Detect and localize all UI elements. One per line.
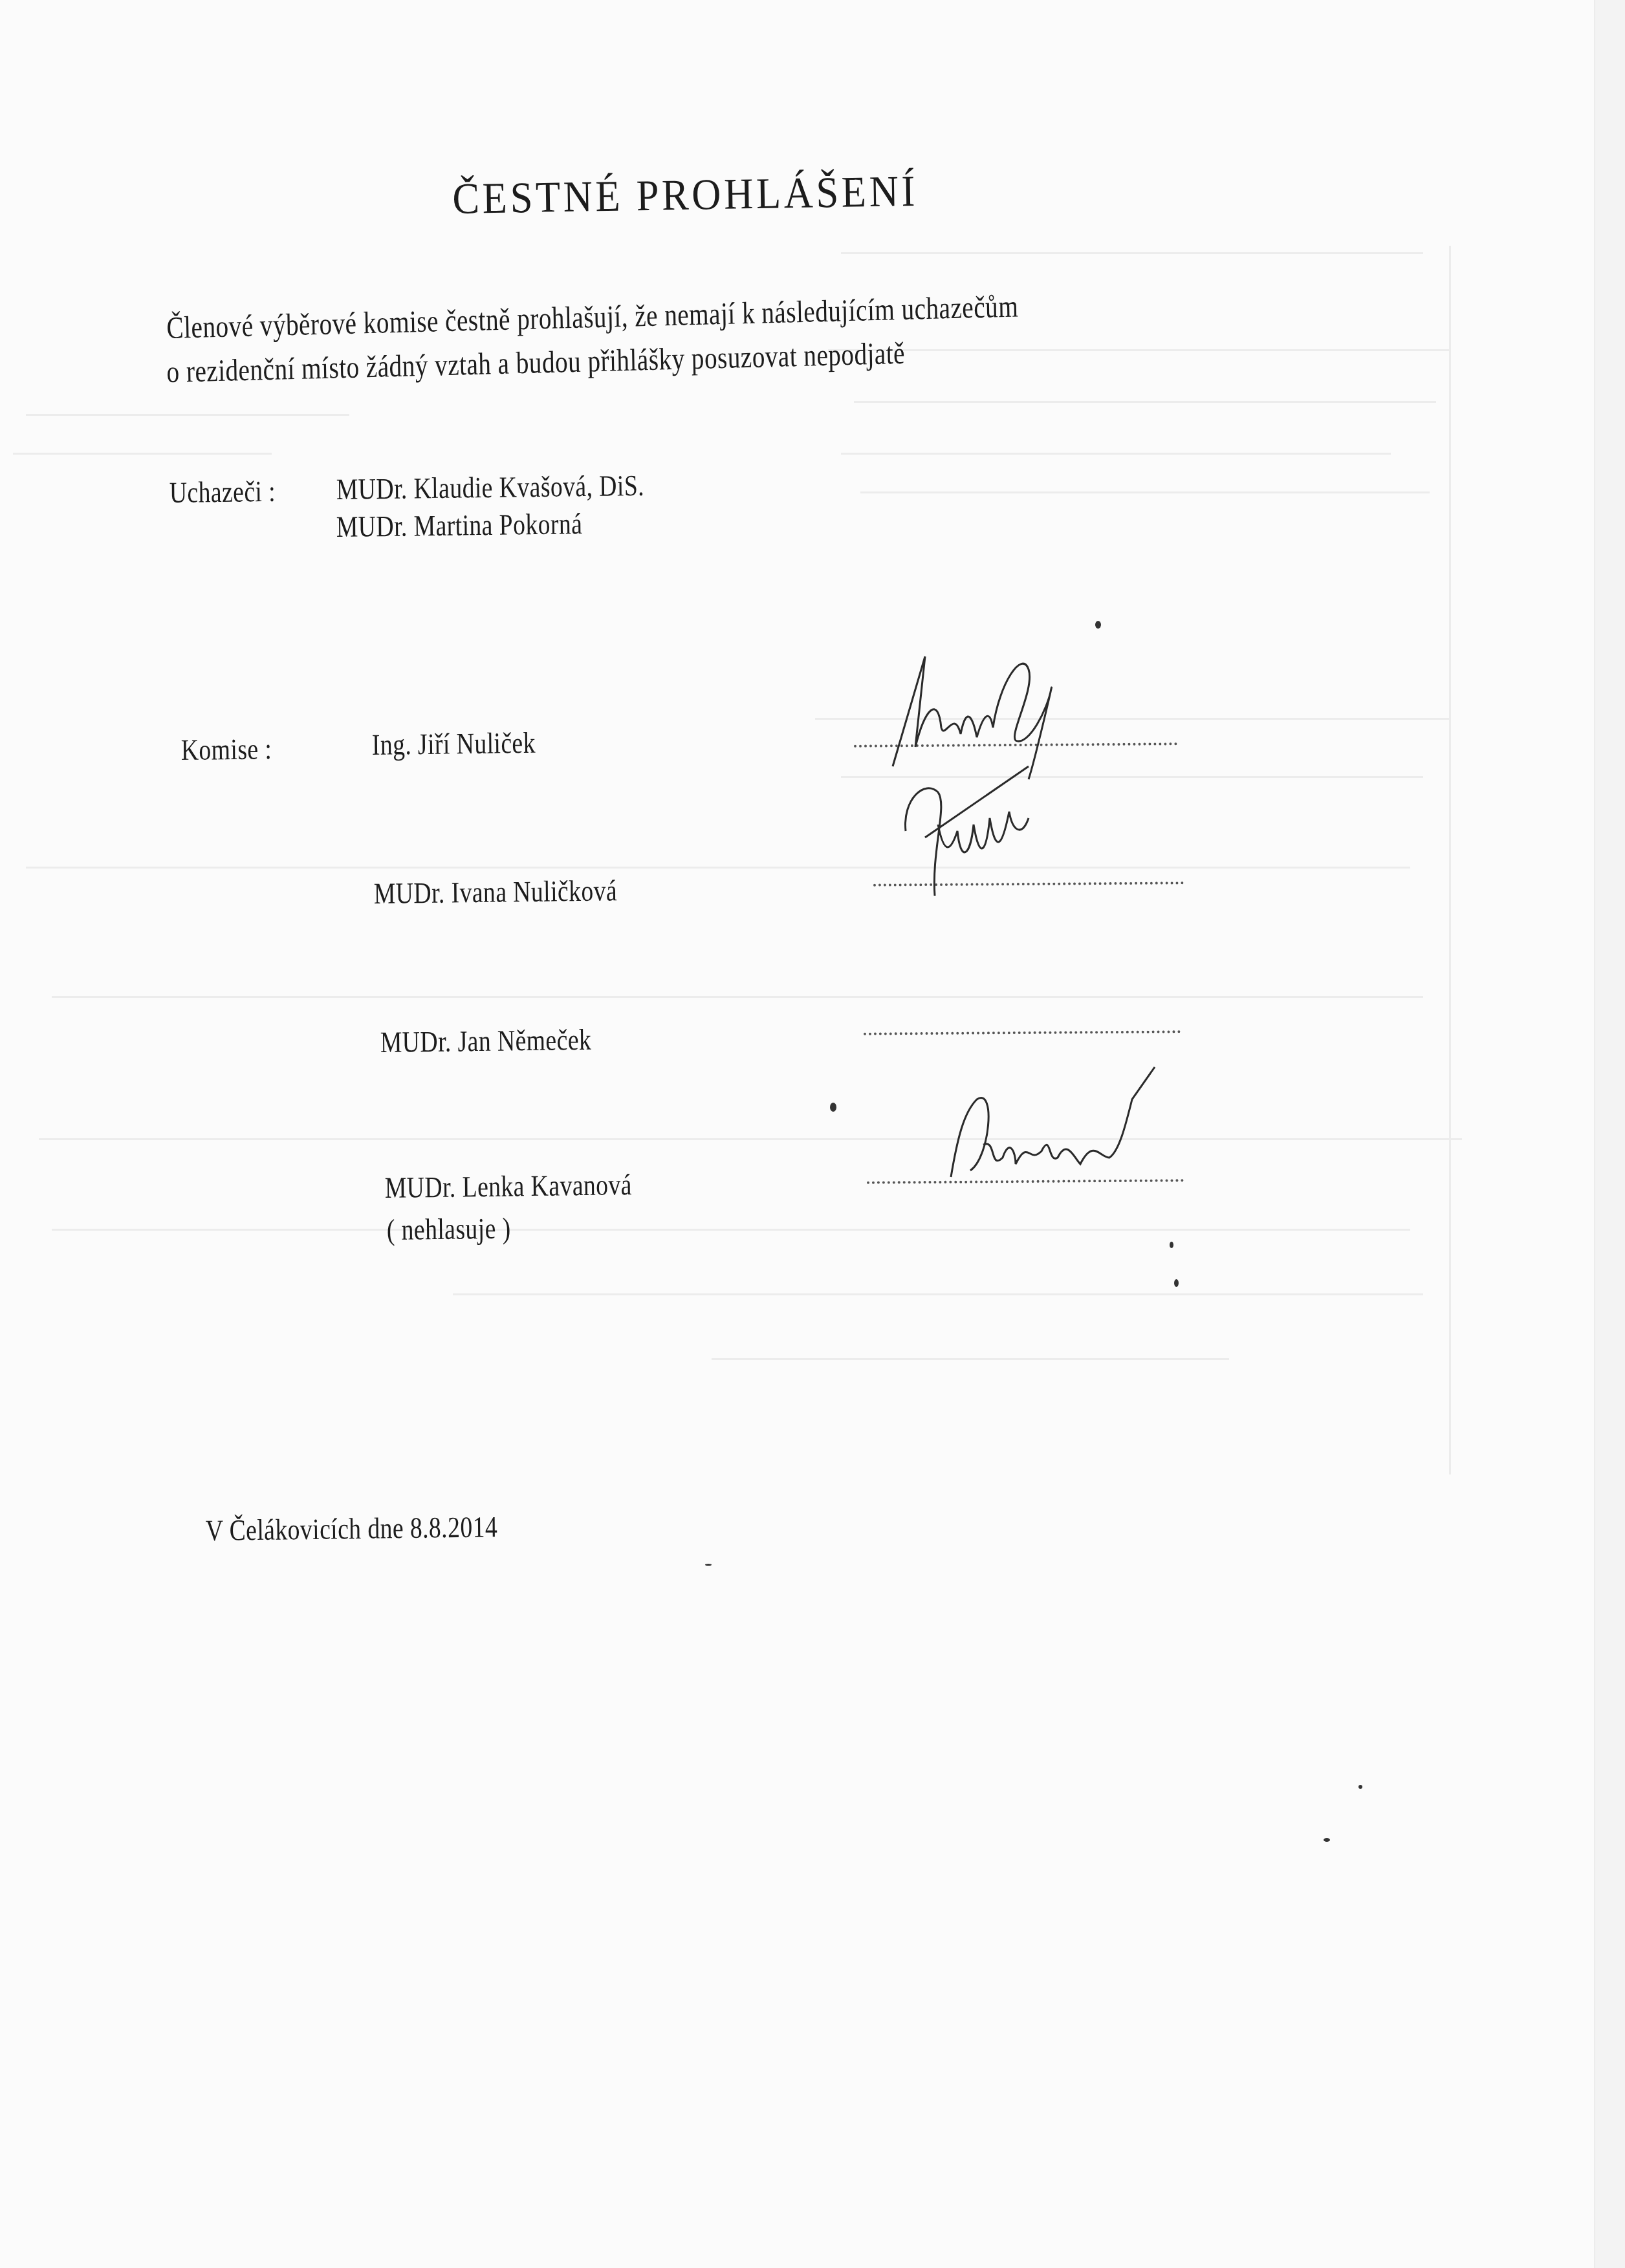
document-title: ČESTNÉ PROHLÁŠENÍ [452,166,919,224]
candidate-name: MUDr. Klaudie Kvašová, DiS. [336,468,645,506]
scanned-page: ČESTNÉ PROHLÁŠENÍ Členové výběrové komis… [0,0,1625,2268]
member-name: Ing. Jiří Nuliček [372,726,536,762]
member-note: ( nehlasuje ) [387,1211,511,1247]
page-edge [1594,0,1625,2268]
place-and-date: V Čelákovicích dne 8.8.2014 [206,1509,498,1548]
member-name: MUDr. Jan Němeček [380,1022,592,1059]
member-name: MUDr. Lenka Kavanová [385,1167,633,1205]
member-name: MUDr. Ivana Nuličková [374,873,618,911]
signature-line [864,1030,1181,1035]
signature-kavanova [944,1061,1255,1193]
signature-nulickova [899,753,1093,905]
candidate-name: MUDr. Martina Pokorná [336,506,583,544]
candidates-label: Uchazeči : [169,474,276,510]
committee-label: Komise : [181,731,272,767]
declaration-line-2: o rezidenční místo žádný vztah a budou p… [166,336,905,390]
